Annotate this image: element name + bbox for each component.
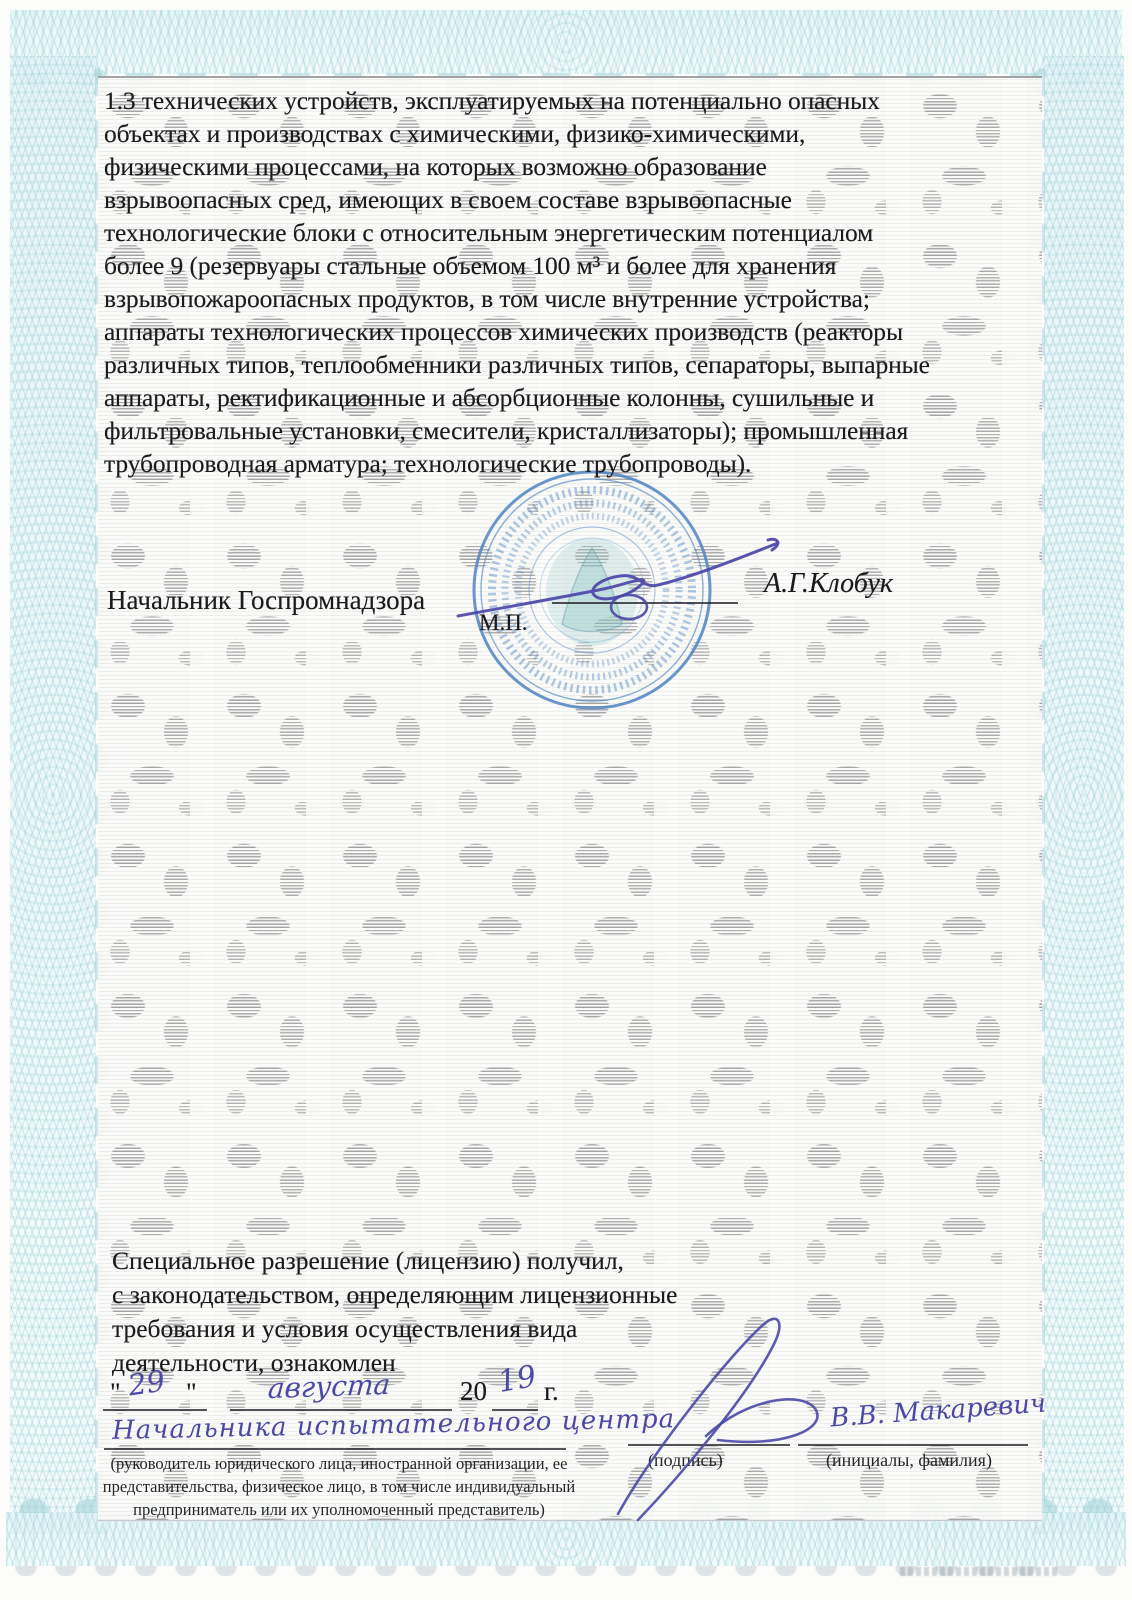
- date-year-printed: 20: [460, 1376, 487, 1407]
- paragraph-line: физическими процессами, на которых возмо…: [104, 150, 930, 183]
- paragraph-line: трубопроводная арматура; технологические…: [104, 447, 930, 480]
- date-open-quote: ": [110, 1378, 121, 1408]
- recipient-ink-signature: [588, 1298, 830, 1522]
- date-month-handwritten: августа: [267, 1368, 392, 1405]
- guilloche-border-top: [10, 10, 1122, 74]
- paragraph-line: технологические блоки с относительным эн…: [104, 216, 930, 249]
- caption-line: (руководитель юридического лица, иностра…: [100, 1452, 578, 1475]
- approver-ink-signature: [452, 518, 786, 640]
- caption-line: представительства, физическое лицо, в то…: [100, 1475, 578, 1498]
- recipient-position-line: [104, 1448, 566, 1450]
- license-document-page: 1.3 технических устройств, эксплуатируем…: [0, 0, 1132, 1600]
- paragraph-line: взрывопожароопасных продуктов, в том чис…: [104, 282, 930, 315]
- guilloche-border-left: [10, 56, 96, 1534]
- caption-line: предприниматель или их уполномоченный пр…: [100, 1498, 578, 1521]
- initials-caption: (инициалы, фамилия): [826, 1450, 992, 1471]
- date-year-suffix: г.: [544, 1376, 559, 1407]
- date-day-underline: [103, 1409, 207, 1411]
- date-year-handwritten: 19: [495, 1359, 539, 1400]
- date-close-quote: ": [186, 1378, 197, 1408]
- license-scope-paragraph: 1.3 технических устройств, эксплуатируем…: [104, 84, 930, 480]
- acknowledgement-line: Специальное разрешение (лицензию) получи…: [112, 1244, 677, 1278]
- date-day-handwritten: 29: [126, 1364, 167, 1403]
- paragraph-line: фильтровальные установки, смесители, кри…: [104, 414, 930, 447]
- paragraph-line: 1.3 технических устройств, эксплуатируем…: [104, 84, 930, 117]
- paragraph-line: аппараты технологических процессов химич…: [104, 315, 930, 348]
- paragraph-line: аппараты, ректификационные и абсорбционн…: [104, 381, 930, 414]
- guilloche-border-right: [1044, 56, 1124, 1534]
- recipient-position-caption: (руководитель юридического лица, иностра…: [100, 1452, 578, 1521]
- approver-position-label: Начальник Госпромнадзора: [107, 585, 425, 616]
- paragraph-line: более 9 (резервуары стальные объемом 100…: [104, 249, 930, 282]
- paragraph-line: взрывоопасных сред, имеющих в своем сост…: [104, 183, 930, 216]
- paragraph-line: различных типов, теплообменники различны…: [104, 348, 930, 381]
- printer-imprint-microtext: [900, 1567, 1060, 1576]
- paragraph-line: объектах и производствах с химическими, …: [104, 117, 930, 150]
- recipient-name-line: [798, 1444, 1028, 1446]
